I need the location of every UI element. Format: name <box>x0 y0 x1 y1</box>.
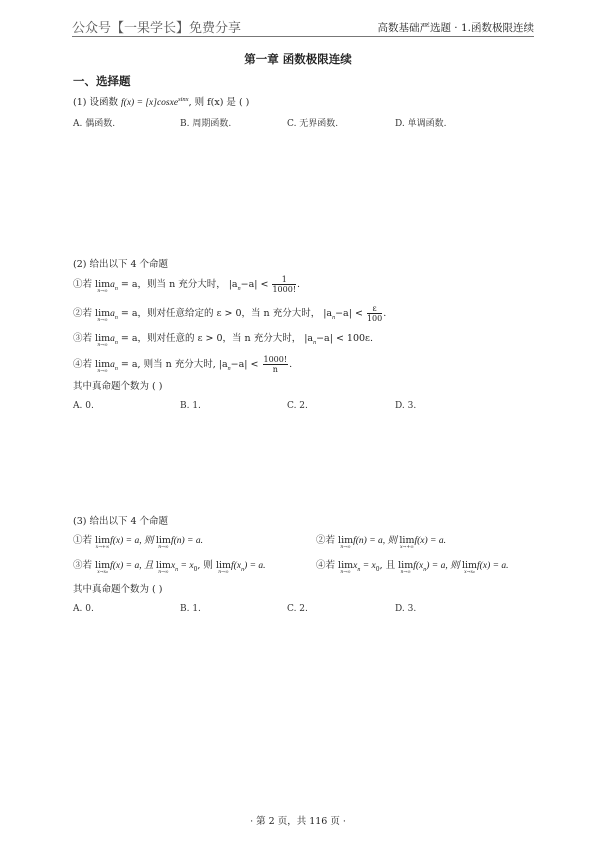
limit-symbol: limn→∞ <box>95 279 110 290</box>
txt: ①若 <box>73 535 95 546</box>
q3-option-c[interactable]: C. 2. <box>287 604 308 614</box>
lim-subscript: n→∞ <box>338 570 353 575</box>
limit-symbol: limx→+∞ <box>399 535 414 546</box>
limit-symbol: limn→∞ <box>398 560 413 571</box>
header-right-text: 高数基础严选题 · 1.函数极限连续 <box>377 20 534 35</box>
lim-subscript: n→∞ <box>156 545 171 550</box>
txt: f(x <box>413 561 423 571</box>
fraction: ε100 <box>367 304 382 323</box>
txt: f(x <box>231 561 241 571</box>
lim-subscript: n→∞ <box>95 343 110 348</box>
end: . <box>383 308 386 319</box>
end: . <box>289 359 292 370</box>
q3-option-a[interactable]: A. 0. <box>73 604 94 614</box>
q1-formula: f(x) = [x]cosxe <box>121 98 178 108</box>
txt: = x <box>360 561 375 571</box>
limit-symbol: limn→∞ <box>156 560 171 571</box>
q2-option-c[interactable]: C. 2. <box>287 401 308 411</box>
txt: ④若 <box>316 560 338 571</box>
q3-proposition-3: ③若 limx→x₀f(x) = a, 且 limn→∞xn = x0, 则 l… <box>73 557 266 573</box>
q2-proposition-2: ②若 limn→∞an = a，则对任意给定的 ε > 0，当 n 充分大时， … <box>73 304 386 323</box>
q3-proposition-4: ④若 limn→∞xn = x0, 且 limn→∞f(xn) = a, 则 l… <box>316 557 509 573</box>
q2-proposition-3: ③若 limn→∞an = a，则对任意的 ε > 0，当 n 充分大时， |a… <box>73 330 373 346</box>
lim-subscript: x→+∞ <box>95 545 110 550</box>
q2-p4-marker: ④若 <box>73 359 92 370</box>
q2-proposition-1: ①若 limn→∞an = a，则当 n 充分大时， |an−a| < 1100… <box>73 275 300 294</box>
txt: f(n) = a. <box>171 536 203 546</box>
q2-p4-ineq: −a| < <box>231 359 259 370</box>
q2-p1-marker: ①若 <box>73 279 92 290</box>
frac-den: 100 <box>367 314 382 323</box>
lim-subscript: n→∞ <box>216 570 231 575</box>
fraction: 11000! <box>272 275 296 294</box>
limit-symbol: limx→x₀ <box>462 560 477 571</box>
frac-den: 1000! <box>272 285 296 294</box>
lim-subscript: n→∞ <box>398 570 413 575</box>
lim-subscript: x→x₀ <box>462 570 477 575</box>
q1-option-a[interactable]: A. 偶函数. <box>73 116 115 129</box>
q1-stem-suffix: , 则 f(x) 是 ( ) <box>189 97 250 108</box>
q1-stem-prefix: (1) 设函数 <box>73 97 118 108</box>
lim-subscript: n→∞ <box>95 289 110 294</box>
page-footer: · 第 2 页，共 116 页 · <box>0 813 596 827</box>
q2-option-a[interactable]: A. 0. <box>73 401 94 411</box>
question-3-stem: (3) 给出以下 4 个命题 <box>73 513 168 527</box>
q2-option-b[interactable]: B. 1. <box>180 401 201 411</box>
q2-option-d[interactable]: D. 3. <box>395 401 416 411</box>
lim-subscript: x→x₀ <box>95 570 110 575</box>
limit-symbol: limn→∞ <box>216 560 231 571</box>
question-1-stem: (1) 设函数 f(x) = [x]cosxesinx, 则 f(x) 是 ( … <box>73 94 249 108</box>
txt: ) = a. <box>244 561 265 571</box>
q2-closing: 其中真命题个数为 ( ) <box>73 378 162 392</box>
frac-num: ε <box>367 304 382 314</box>
txt: f(x) = a. <box>477 561 508 571</box>
fraction: 1000!n <box>263 355 289 374</box>
q2-p2-ineq: −a| < <box>335 308 363 319</box>
frac-num: 1000! <box>263 355 289 365</box>
q2-p4-text: = a, 则当 n 充分大时, |a <box>118 359 228 370</box>
q3-option-d[interactable]: D. 3. <box>395 604 416 614</box>
q2-p3-marker: ③若 <box>73 333 92 344</box>
txt: f(n) = a, 则 <box>353 536 399 546</box>
txt: ③若 <box>73 560 95 571</box>
limit-symbol: limn→∞ <box>338 560 353 571</box>
frac-num: 1 <box>272 275 296 285</box>
lim-subscript: n→∞ <box>95 318 110 323</box>
txt: f(x) = a, 且 <box>110 561 156 571</box>
q2-p2-text: = a，则对任意给定的 ε > 0，当 n 充分大时， |a <box>118 308 332 319</box>
q1-option-c[interactable]: C. 无界函数. <box>287 116 338 129</box>
question-2-stem: (2) 给出以下 4 个命题 <box>73 256 168 270</box>
frac-den: n <box>263 365 289 374</box>
q1-option-b[interactable]: B. 周期函数. <box>180 116 231 129</box>
q2-p2-marker: ②若 <box>73 308 92 319</box>
q2-p3-text: = a，则对任意的 ε > 0，当 n 充分大时， |a <box>118 333 313 344</box>
section-title: 一、选择题 <box>73 73 131 89</box>
limit-symbol: limn→∞ <box>95 359 110 370</box>
end: . <box>297 279 300 290</box>
q2-p3-ineq: −a| < 100ε. <box>316 333 373 344</box>
limit-symbol: limx→x₀ <box>95 560 110 571</box>
txt: ②若 <box>316 535 338 546</box>
q3-option-b[interactable]: B. 1. <box>180 604 201 614</box>
txt: f(x) = a, 则 <box>110 536 156 546</box>
lim-subscript: n→∞ <box>156 570 171 575</box>
q1-option-d[interactable]: D. 单调函数. <box>395 116 446 129</box>
txt: , 且 <box>380 560 399 571</box>
txt: f(x) = a. <box>414 536 445 546</box>
limit-symbol: limn→∞ <box>338 535 353 546</box>
lim-subscript: x→+∞ <box>399 545 414 550</box>
q1-formula-sup: sinx <box>178 96 188 103</box>
header-divider <box>72 36 534 37</box>
q3-closing: 其中真命题个数为 ( ) <box>73 581 162 595</box>
q3-proposition-1: ①若 limx→+∞f(x) = a, 则 limn→∞f(n) = a. <box>73 532 203 546</box>
lim-subscript: n→∞ <box>95 369 110 374</box>
q3-proposition-2: ②若 limn→∞f(n) = a, 则 limx→+∞f(x) = a. <box>316 532 446 546</box>
txt: ) = a, 则 <box>426 561 462 571</box>
header-left-text: 公众号【一果学长】免费分享 <box>72 17 241 36</box>
limit-symbol: limn→∞ <box>95 333 110 344</box>
txt: , 则 <box>197 560 216 571</box>
q2-proposition-4: ④若 limn→∞an = a, 则当 n 充分大时, |an−a| < 100… <box>73 355 292 374</box>
limit-symbol: limx→+∞ <box>95 535 110 546</box>
limit-symbol: limn→∞ <box>156 535 171 546</box>
q2-p1-ineq: −a| < <box>241 279 269 290</box>
limit-symbol: limn→∞ <box>95 308 110 319</box>
chapter-title: 第一章 函数极限连续 <box>0 51 596 67</box>
lim-subscript: n→∞ <box>338 545 353 550</box>
txt: = x <box>178 561 193 571</box>
q2-p1-text: = a，则当 n 充分大时， |a <box>118 279 238 290</box>
